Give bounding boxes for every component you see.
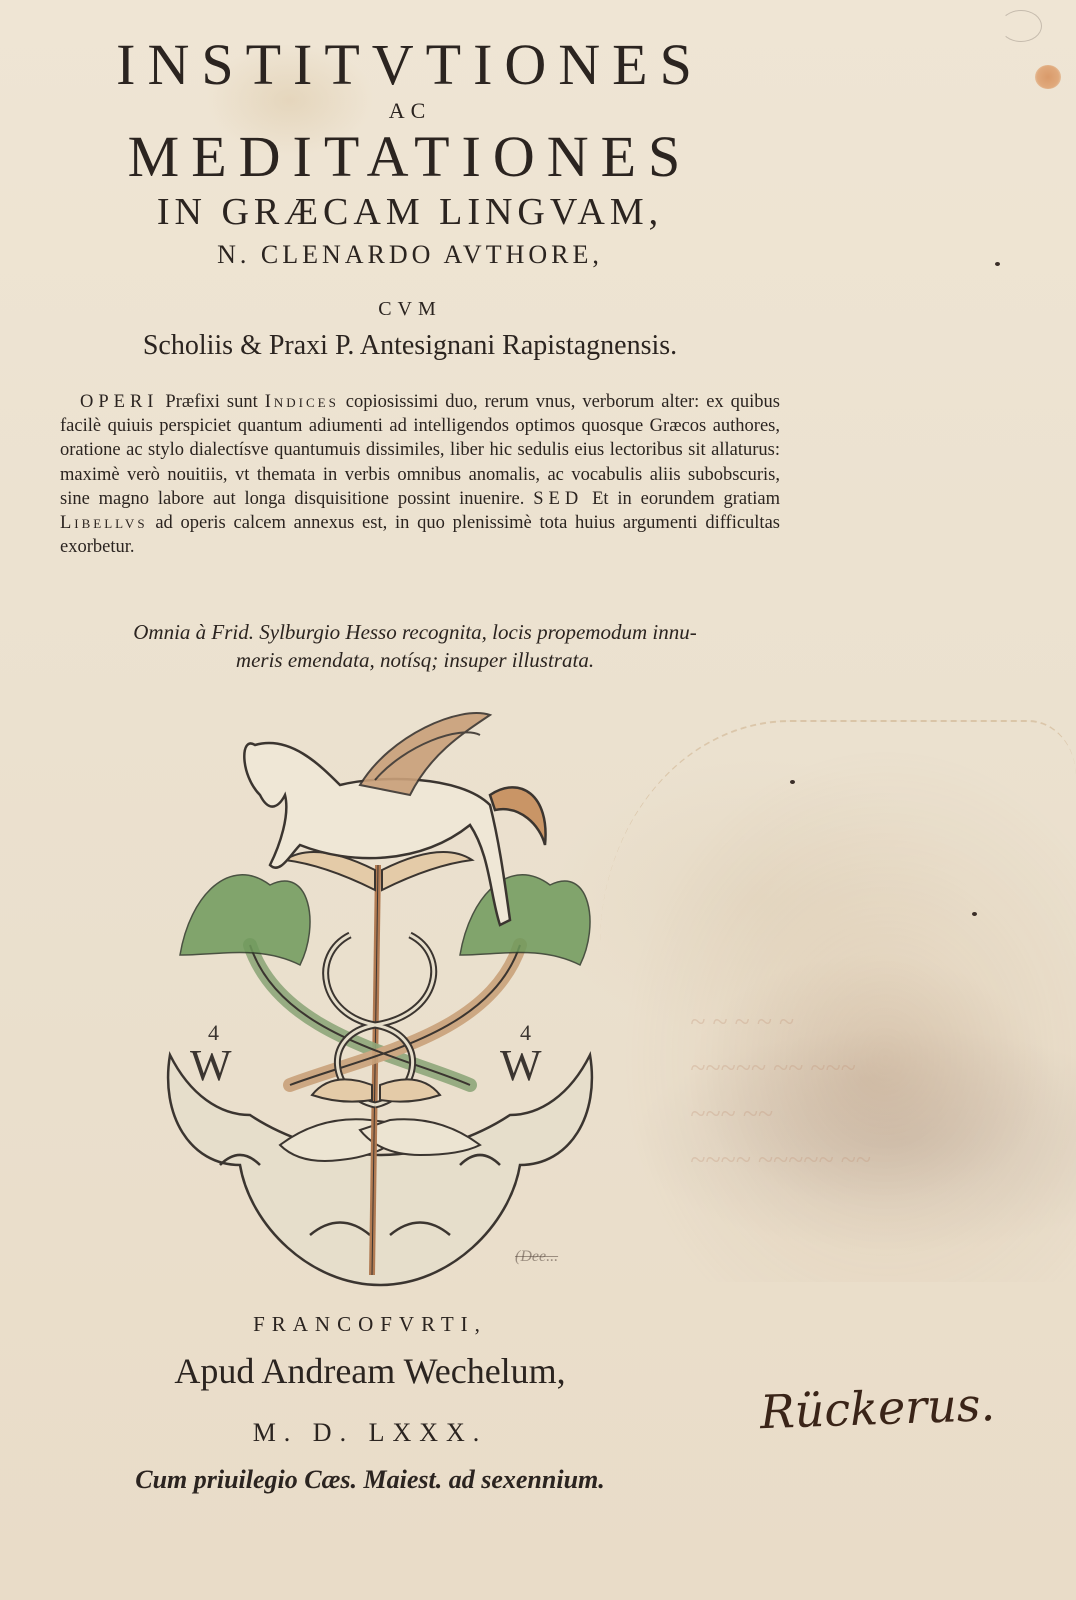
ink-speck [790,780,795,784]
owner-signature: Rückerus. [759,1375,1061,1439]
editor-note-line-2: meris emendata, notísq; insuper illustra… [50,646,780,674]
pencil-mark [1000,10,1042,42]
title-line-3: IN GRÆCAM LINGVAM, [40,190,780,234]
struck-inscription: (Dee... [515,1248,715,1266]
subtitle-cum: CVM [40,298,780,321]
imprint-privilege: Cum priuilegio Cæs. Maiest. ad sexennium… [100,1465,640,1495]
description-indices: Indices [265,392,339,412]
title-line-1: INSTITVTIONES [40,36,780,94]
title-conjunction: AC [40,98,780,124]
faded-offset-text: ~ ~ ~ ~ ~~~~~~ ~~ ~~~~~~ ~~~~~~ ~~~~~ ~~ [690,1000,1070,1184]
editor-note: Omnia à Frid. Sylburgio Hesso recognita,… [50,618,780,674]
imprint-city: FRANCOFVRTI, [100,1312,640,1337]
title-line-2: MEDITATIONES [40,128,780,186]
foxing-spot [1035,65,1061,89]
description-sed: SED [533,489,583,509]
description-opener: OPERI [80,392,158,412]
description-text-3: Et in eorundem gratiam [583,489,780,509]
ink-speck [972,912,977,916]
description-text-4: ad operis calcem annexus est, in quo ple… [60,513,780,557]
printers-device-woodcut: 4 W 4 W [160,695,605,1295]
subtitle-scholiis: Scholiis & Praxi P. Antesignani Rapistag… [40,330,780,362]
imprint-printer: Apud Andream Wechelum, [100,1350,640,1392]
monogram-left: W [190,1041,232,1090]
description-text-1: Præfixi sunt [158,392,264,412]
cornucopia-icon [250,945,520,1085]
author-line: N. CLENARDO AVTHORE, [40,240,780,270]
imprint-year: M. D. LXXX. [100,1418,640,1448]
description-paragraph: OPERI Præfixi sunt Indices copiosissimi … [60,390,780,559]
ink-speck [995,262,1000,266]
description-libellus: Libellvs [60,513,148,533]
monogram-right: W [500,1041,542,1090]
editor-note-line-1: Omnia à Frid. Sylburgio Hesso recognita,… [50,618,780,646]
